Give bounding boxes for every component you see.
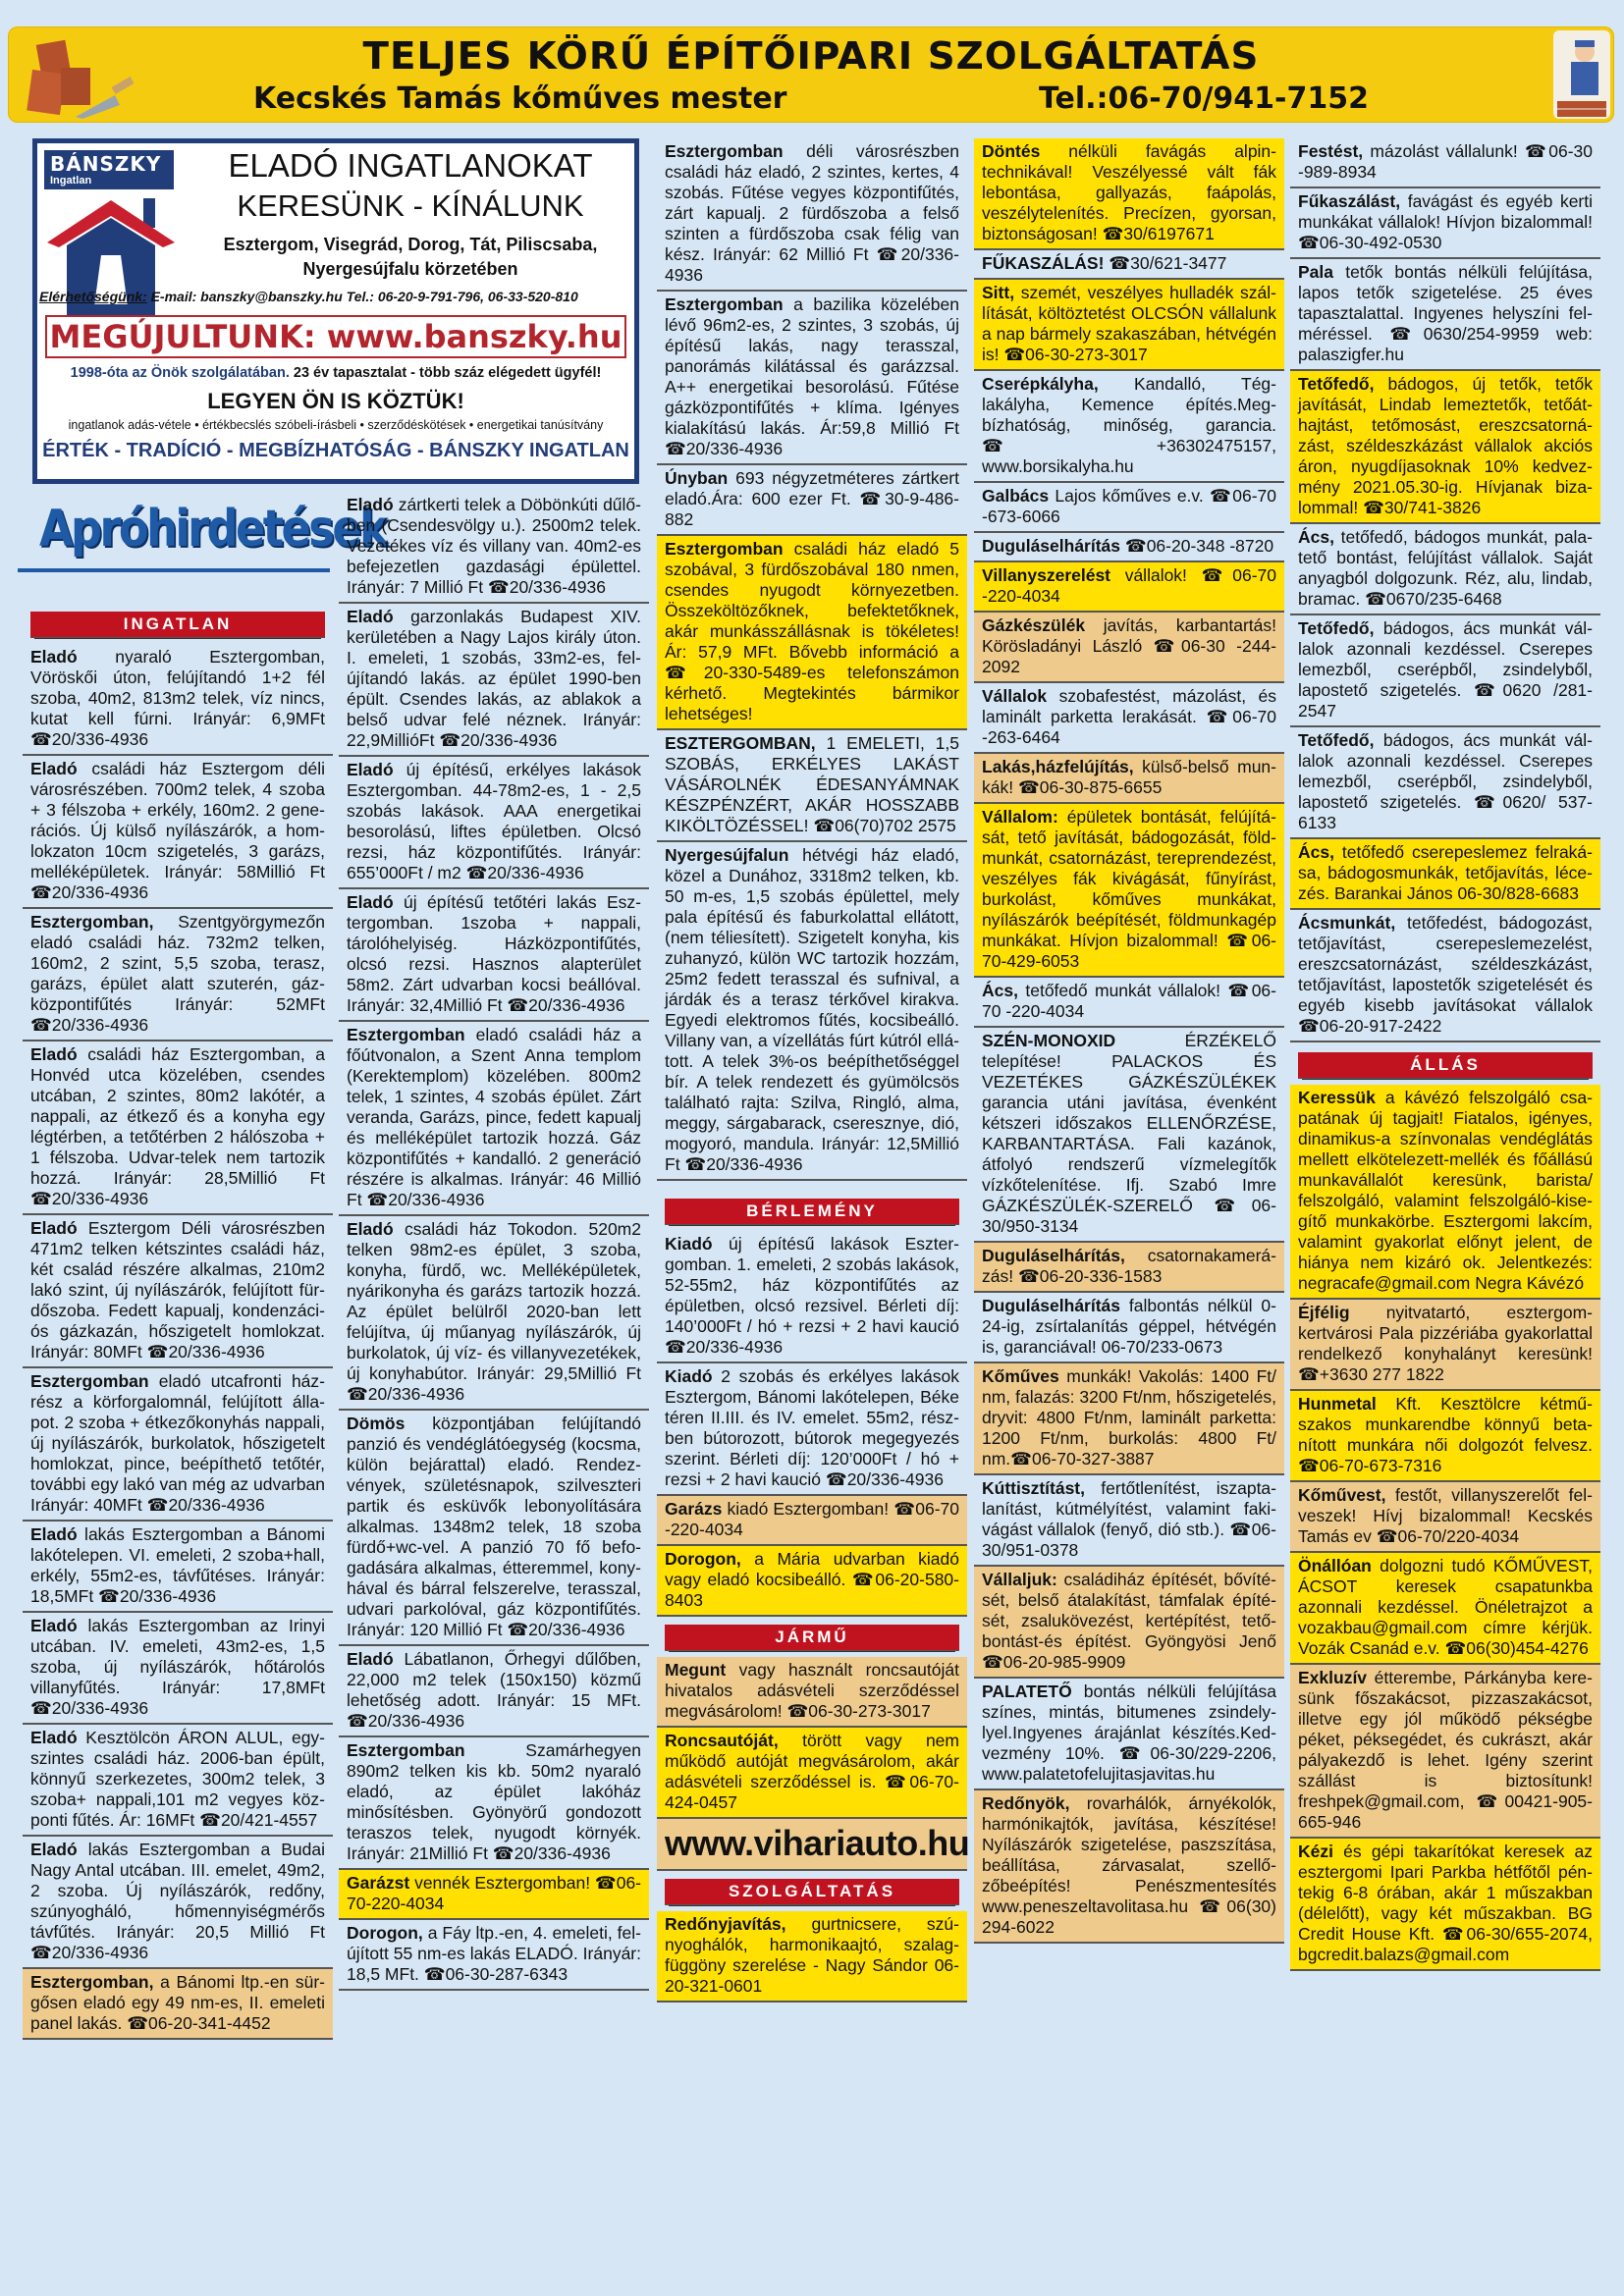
since-line: 1998-óta az Önök szolgálatában. 23 év ta… [39, 365, 632, 381]
classified-ad: Garázst vennék Esztergomban! ☎06-70-220-… [339, 1870, 649, 1920]
classified-ad: Kiadó 2 szobás és erkélyes lakások Eszte… [657, 1363, 967, 1496]
ad-lead-word: Esztergomban [347, 1740, 465, 1760]
classified-ad: Garázs kiadó Esztergomban! ☎06-70 -220-4… [657, 1496, 967, 1546]
ad-lead-word: Esztergomban, [30, 1972, 153, 1992]
classified-ad: Esztergomban Szamárhegyen 890m2 telken k… [339, 1737, 649, 1870]
ad-list: Keressük a kávézó felszolgáló csa­patána… [1298, 1085, 1593, 1971]
classified-ad: Esztergomban családi ház eladó 5 szobáva… [657, 536, 967, 730]
ad-lead-word: Tetőfedő, [1298, 374, 1374, 394]
ad-body-text: tetőfedő cserepeslemez felraká­sa, bádog… [1298, 842, 1593, 903]
ad-lead-word: Roncsautóját, [665, 1731, 779, 1750]
classified-ad: Eladó Lábatlanon, Őrhegyi dűlőben, 22,00… [339, 1646, 649, 1737]
column-1: INGATLAN Eladó nyaraló Esztergomban, Vör… [30, 612, 325, 2040]
classified-ad: Tetőfedő, bádogos, ács munkát vál­lalok … [1290, 727, 1600, 839]
ad-lead-word: Önállóan [1298, 1556, 1372, 1575]
classified-ad: Duguláselhárítás ☎06-20-348 -8720 [974, 533, 1284, 562]
classifieds-logo: Apróhirdetések [18, 498, 330, 576]
banner-title: TELJES KÖRŰ ÉPÍTŐIPARI SZOLGÁLTATÁS [8, 34, 1614, 78]
ad-body-text: Esztergom Déli városrészben 471m2 telken… [30, 1218, 325, 1362]
classified-ad: Döntés nélküli favágás alpin­technikával… [974, 138, 1284, 250]
classified-ad: Eladó új építésű, erkélyes lakások Eszte… [339, 757, 649, 889]
ad-lead-word: Redőnyjavítás, [665, 1914, 786, 1934]
ad-lead-word: Kúttisztítást, [982, 1478, 1085, 1498]
ad-lead-word: Eladó [30, 759, 78, 778]
ad-body-text: családi ház eladó 5 szobával, 3 fürdőszo… [665, 539, 959, 723]
ad-lead-word: Tetőfedő, [1298, 730, 1374, 750]
ad-list: Döntés nélküli favágás alpin­technikával… [982, 138, 1276, 1944]
ad-lead-word: Únyban [665, 468, 728, 488]
banszky-logo: BÁNSZKY Ingatlan [44, 150, 174, 189]
ad-lead-word: Esztergomban [30, 1371, 149, 1391]
headline-selling: ELADÓ INGATLANOKAT [194, 147, 626, 185]
ad-lead-word: Fűkaszálást, [1298, 191, 1400, 211]
classified-ad: Galbács Lajos kőműves e.v. ☎06-70 -673-6… [974, 483, 1284, 533]
ad-body-text: családi ház Esztergom déli városrészében… [30, 759, 325, 902]
ad-lead-word: Lakás,házfelújítás, [982, 757, 1134, 776]
ad-lead-word: ESZTERGOMBAN, [665, 733, 816, 753]
classified-ad: ESZTERGOMBAN, 1 EMELETI, 1,5 SZOBÁS, ERK… [657, 730, 967, 842]
ad-lead-word: Kiadó [665, 1234, 713, 1254]
classified-ad: Eladó garzonlakás Budapest XIV. kerületé… [339, 604, 649, 757]
classified-ad: Keressük a kávézó felszolgáló csa­patána… [1290, 1085, 1600, 1300]
classified-ad: Tetőfedő, bádogos, új tetők, tetők javít… [1290, 371, 1600, 524]
classified-ad: FŰKASZÁLÁS! ☎30/621-3477 [974, 250, 1284, 280]
ad-lead-word: Esztergomban [347, 1025, 465, 1044]
section-header-berlemeny: BÉRLEMÉNY [665, 1199, 959, 1225]
website-box[interactable]: MEGÚJULTUNK: www.banszky.hu [45, 315, 626, 358]
ad-lead-word: Pala [1298, 262, 1333, 282]
ad-lead-word: Ács, [982, 981, 1018, 1000]
ad-lead-word: Vállalom: [982, 807, 1058, 827]
ad-lead-word: Dömös [347, 1414, 405, 1433]
classified-ad: Festést, mázolást vállalunk! ☎06-30 -989… [1290, 138, 1600, 188]
ad-lead-word: Garázs [665, 1499, 722, 1519]
classified-ad: Villanyszerelést vállalok! ☎06-70 -220-4… [974, 562, 1284, 613]
ad-body-text: a bazilika közelé­ben lévő 96m2-es, 2 sz… [665, 294, 959, 458]
ad-lead-word: Eladó [30, 1728, 78, 1747]
classified-ad: Duguláselhárítás, csatornakamerá­zás! ☎0… [974, 1243, 1284, 1293]
classified-ad: Redőnyjavítás, gurtnicsere, szú­nyogháló… [657, 1911, 967, 2002]
column-5: Festést, mázolást vállalunk! ☎06-30 -989… [1298, 138, 1593, 1971]
ad-lead-word: Redőnyök, [982, 1793, 1069, 1813]
classified-ad: Eladó családi ház Esztergom déli városré… [23, 756, 333, 909]
classified-ad: Dorogon, a Mária udvarban kiadó vagy ela… [657, 1546, 967, 1617]
classified-ad: Kőművest, festőt, villanyszerelőt fel­ve… [1290, 1482, 1600, 1553]
ad-lead-word: Kőművest, [1298, 1485, 1385, 1505]
classified-ad: Eladó lakás Esztergomban az Iri­nyi utcá… [23, 1613, 333, 1725]
classified-ad: Eladó lakás Esztergomban a Budai Nagy An… [23, 1837, 333, 1969]
ad-lead-word: Dorogon, [347, 1923, 423, 1943]
ad-lead-word: Kézi [1298, 1842, 1333, 1861]
classified-ad: Kézi és gépi takarítókat keresek az eszt… [1290, 1839, 1600, 1971]
classified-ad: Tetőfedő, bádogos, ács munkát vál­lalok … [1290, 615, 1600, 727]
ad-lead-word: Dorogon, [665, 1549, 741, 1569]
classified-ad: Esztergomban a bazilika közelé­ben lévő … [657, 292, 967, 465]
ad-body-text: rovarhálók, árnyéko­lók, harmónikajtók, … [982, 1793, 1276, 1937]
ad-lead-word: Eladó [30, 1044, 78, 1064]
ad-lead-word: Ács, [1298, 842, 1334, 862]
ad-lead-word: FŰKASZÁLÁS! [982, 253, 1104, 273]
ad-body-text: a kávézó felszolgáló csa­patának új tagj… [1298, 1088, 1593, 1293]
ad-body-text: ÉRZÉKELŐ telepíté­se! PALACKOS ÉS VEZETÉ… [982, 1031, 1276, 1236]
classified-ad: Eladó Kesztölcön ÁRON ALUL, egy­szintes … [23, 1725, 333, 1837]
classified-ad: Pala tetők bontás nélküli felújítá­sa, l… [1290, 259, 1600, 371]
classified-ad: Eladó új építésű tetőtéri lakás Esz­terg… [339, 889, 649, 1022]
section-header-jarmu: JÁRMŰ [665, 1625, 959, 1651]
classified-ad: Exkluzív étterembe, Párkányba kere­sünk … [1290, 1665, 1600, 1839]
section-header-ingatlan: INGATLAN [30, 612, 325, 638]
ad-body-text: déli városrészben csa­ládi ház eladó, 2 … [665, 141, 959, 285]
classified-ad: Redőnyök, rovarhálók, árnyéko­lók, harmó… [974, 1790, 1284, 1944]
classified-ad: Esztergomban eladó családi ház a főútvon… [339, 1022, 649, 1216]
ad-lead-word: Vállalok [982, 686, 1047, 706]
classified-ad: Dömös központjában felújítandó panzió és… [339, 1411, 649, 1646]
website-link[interactable]: www.vihariauto.hu [657, 1819, 967, 1871]
classified-ad: Éjfélig nyitvatartó, esztergom­kertváros… [1290, 1300, 1600, 1391]
ad-body-text: ☎06-20-348 -8720 [1120, 536, 1273, 556]
classified-ad: PALATETŐ bontás nélküli felújítása színe… [974, 1679, 1284, 1790]
classified-ad: Vállalom: épületek bontását, felújítá­sá… [974, 804, 1284, 978]
ad-lead-word: Festést, [1298, 141, 1363, 161]
classified-ad: Lakás,házfelújítás, külső-belső mun­kák!… [974, 754, 1284, 804]
classified-ad: Cserépkályha, Kandalló, Tég­lakályha, Ke… [974, 371, 1284, 483]
classified-ad: SZÉN-MONOXID ÉRZÉKELŐ telepíté­se! PALAC… [974, 1028, 1284, 1243]
ad-list: Eladó nyaraló Esztergomban, Vöröskői úto… [30, 644, 325, 2040]
classified-ad: Vállalok szobafestést, mázolást, és lami… [974, 683, 1284, 754]
classified-ad: Kiadó új építésű lakások Eszter­gomban. … [657, 1231, 967, 1363]
column-2: Eladó zártkerti telek a Döbönkúti dűlő­b… [347, 492, 641, 1991]
ad-body-text: eladó utcafronti ház­rész a körforgalomn… [30, 1371, 325, 1515]
ad-lead-word: Villanyszerelést [982, 565, 1110, 585]
ad-lead-word: Megunt [665, 1660, 726, 1680]
ad-body-text: garzonlakás Budapest XIV. kerületében a … [347, 607, 641, 750]
top-banner-ad: TELJES KÖRŰ ÉPÍTŐIPARI SZOLGÁLTATÁS Kecs… [8, 27, 1614, 123]
ad-body-text: családi ház Tokodon. 520m2 telken 98m2-e… [347, 1219, 641, 1404]
ad-list: Festést, mázolást vállalunk! ☎06-30 -989… [1298, 138, 1593, 1042]
ad-lead-word: Keressük [1298, 1088, 1376, 1107]
ad-lead-word: Éjfélig [1298, 1303, 1350, 1322]
classified-ad: Ács, tetőfedő, bádogos munkát, pala­tető… [1290, 524, 1600, 615]
classified-ad: Eladó nyaraló Esztergomban, Vöröskői úto… [23, 644, 333, 756]
ad-lead-word: www.vihariauto.hu [665, 1823, 969, 1863]
service-area-2: Nyergesújfalu körzetében [194, 259, 626, 280]
ad-lead-word: PALATETŐ [982, 1682, 1072, 1701]
ad-lead-word: Tetőfedő, [1298, 618, 1374, 638]
column-3: Esztergomban déli városrészben csa­ládi … [665, 138, 959, 2002]
ad-lead-word: Eladó [347, 760, 394, 779]
classified-ad: Megunt vagy használt roncsautó­ját hivat… [657, 1657, 967, 1728]
classified-ad: Roncsautóját, törött vagy nem működő aut… [657, 1728, 967, 1819]
ad-body-text: tetőfedő munkát vállalok! ☎06-70 -220-40… [982, 981, 1276, 1021]
ad-list: Megunt vagy használt roncsautó­ját hivat… [665, 1657, 959, 1871]
ad-lead-word: Eladó [347, 892, 394, 912]
ad-lead-word: Döntés [982, 141, 1040, 161]
classified-ad: Eladó Esztergom Déli városrészben 471m2 … [23, 1215, 333, 1368]
ad-body-text: szemét, veszélyes hulladék szál­lítását,… [982, 283, 1276, 364]
ad-body-text: étterembe, Párkányba kere­sünk főszakács… [1298, 1668, 1593, 1832]
ad-lead-word: Eladó [30, 1616, 78, 1635]
classified-ad: Esztergomban eladó utcafronti ház­rész a… [23, 1368, 333, 1522]
ad-lead-word: Eladó [347, 1649, 394, 1669]
ad-body-text: ☎30/621-3477 [1104, 253, 1226, 273]
classified-ad: Önállóan dolgozni tudó KŐMŰVEST, ÁCSOT k… [1290, 1553, 1600, 1665]
headline-buying: KERESÜNK - KÍNÁLUNK [194, 188, 626, 224]
classified-ad: Ács, tetőfedő cserepeslemez felraká­sa, … [1290, 839, 1600, 910]
classified-ad: Gázkészülék javítás, karbantar­tás! Körö… [974, 613, 1284, 683]
ad-lead-word: Esztergomban, [30, 912, 153, 932]
ad-lead-word: Hunmetal [1298, 1394, 1377, 1414]
ad-body-text: tetők bontás nélküli felújítá­sa, lapos … [1298, 262, 1593, 364]
join-us-text: LEGYEN ÖN IS KÖZTÜK! [37, 389, 634, 414]
ad-lead-word: Eladó [347, 607, 394, 626]
motto: ÉRTÉK - TRADÍCIÓ - MEGBÍZHATÓSÁG - BÁNSZ… [37, 440, 634, 462]
ad-body-text: tetőfedő, bádogos munkát, pala­tető bont… [1298, 527, 1593, 609]
classified-ad: Vállaljuk: családiház építését, bővíté­s… [974, 1567, 1284, 1679]
ad-lead-word: Garázst [347, 1873, 409, 1893]
ad-lead-word: Eladó [30, 1840, 78, 1859]
contact-line: Elérhetőségünk: E-mail: banszky@banszky.… [39, 289, 632, 304]
ad-list: Redőnyjavítás, gurtnicsere, szú­nyogháló… [665, 1911, 959, 2002]
ad-lead-word: Galbács [982, 486, 1049, 506]
classified-ad: Esztergomban, Szentgyörgymezőn eladó csa… [23, 909, 333, 1041]
banner-phone: Tel.:06-70/941-7152 [1039, 81, 1369, 116]
ad-list: Esztergomban déli városrészben csa­ládi … [665, 138, 959, 1181]
classified-ad: Eladó zártkerti telek a Döbönkúti dűlő­b… [339, 492, 649, 604]
banszky-real-estate-ad: BÁNSZKY Ingatlan ELADÓ INGATLANOKAT KERE… [32, 138, 639, 484]
classified-ad: Esztergomban, a Bánomi ltp.-en sür­gősen… [23, 1969, 333, 2040]
classified-ad: Sitt, szemét, veszélyes hulladék szál­lí… [974, 280, 1284, 371]
ad-lead-word: Esztergomban [665, 141, 784, 161]
ad-lead-word: SZÉN-MONOXID [982, 1031, 1115, 1050]
section-header-allas: ÁLLÁS [1298, 1052, 1593, 1079]
ad-lead-word: Ács, [1298, 527, 1334, 547]
classified-ad: Únyban 693 négyzetméteres zártkert eladó… [657, 465, 967, 536]
ad-lead-word: Nyergesújfalun [665, 845, 788, 865]
classified-ad: Dorogon, a Fáy ltp.-en, 4. emeleti, fel­… [339, 1920, 649, 1991]
ad-lead-word: Esztergomban [665, 294, 784, 314]
classified-ad: Ácsmunkát, tetőfedést, bádogozást, tetőj… [1290, 910, 1600, 1042]
ad-list: Eladó zártkerti telek a Döbönkúti dűlő­b… [347, 492, 641, 1991]
classified-ad: Eladó családi ház Tokodon. 520m2 telken … [339, 1216, 649, 1411]
ad-body-text: családi ház Esztergomban, a Honvéd utca … [30, 1044, 325, 1208]
ad-lead-word: Gázkészülék [982, 615, 1085, 635]
classified-ad: Hunmetal Kft. Kesztölcre kétmű­szakos mu… [1290, 1391, 1600, 1482]
classified-ad: Eladó családi ház Esztergomban, a Honvéd… [23, 1041, 333, 1215]
classified-ad: Fűkaszálást, favágást és egyéb ker­ti mu… [1290, 188, 1600, 259]
ad-lead-word: Vállaljuk: [982, 1570, 1057, 1589]
ad-lead-word: Eladó [30, 1524, 78, 1544]
service-area-1: Esztergom, Visegrád, Dorog, Tát, Piliscs… [194, 235, 626, 255]
ad-body-text: bádogos, új tetők, tetők javítását, Lind… [1298, 374, 1593, 517]
classified-ad: Kúttisztítást, fertőtlenítést, iszapta­l… [974, 1475, 1284, 1567]
bricklayer-worker-icon [1553, 30, 1610, 119]
classified-ad: Esztergomban déli városrészben csa­ládi … [657, 138, 967, 292]
classified-ad: Eladó lakás Esztergomban a Bánomi lakóte… [23, 1522, 333, 1613]
ad-lead-word: Ácsmunkát, [1298, 913, 1395, 933]
classified-ad: Kőműves munkák! Vakolás: 1400 Ft/ nm, fa… [974, 1363, 1284, 1475]
ad-body-text: központjában felújítandó panzió és vendé… [347, 1414, 641, 1639]
classified-ad: Duguláselhárítás falbontás nélkül 0-24-i… [974, 1293, 1284, 1363]
ad-lead-word: Eladó [30, 1218, 78, 1238]
ad-lead-word: Sitt, [982, 283, 1014, 302]
ad-lead-word: Esztergomban [665, 539, 784, 559]
classified-ad: Nyergesújfalun hétvégi ház eladó, közel … [657, 842, 967, 1181]
banner-subtitle: Kecskés Tamás kőműves mester [253, 81, 786, 116]
ad-lead-word: Duguláselhárítás [982, 536, 1120, 556]
ad-body-text: és gépi takarítókat keresek az esztergom… [1298, 1842, 1593, 1964]
ad-body-text: épületek bontását, felújítá­sát, tető ja… [982, 807, 1276, 971]
ad-lead-word: Eladó [347, 495, 394, 514]
column-4: Döntés nélküli favágás alpin­technikával… [982, 138, 1276, 1944]
ad-lead-word: Kiadó [665, 1366, 713, 1386]
ad-lead-word: Eladó [30, 647, 78, 667]
classified-ad: Ács, tetőfedő munkát vállalok! ☎06-70 -2… [974, 978, 1284, 1028]
ad-lead-word: Duguláselhárítás, [982, 1246, 1125, 1265]
ad-list: Kiadó új építésű lakások Eszter­gomban. … [665, 1231, 959, 1617]
ad-body-text: hétvégi ház eladó, közel a Dunához, 3318… [665, 845, 959, 1174]
services-list: ingatlanok adás-vétele • értékbecslés sz… [37, 418, 634, 432]
ad-lead-word: Exkluzív [1298, 1668, 1367, 1687]
ad-lead-word: Kőműves [982, 1366, 1059, 1386]
ad-body-text: eladó családi ház a főútvonalon, a Szent… [347, 1025, 641, 1209]
ad-lead-word: Eladó [347, 1219, 394, 1239]
ad-lead-word: Duguláselhárítás [982, 1296, 1120, 1315]
section-header-szolgaltatas: SZOLGÁLTATÁS [665, 1879, 959, 1905]
ad-lead-word: Cserépkályha, [982, 374, 1099, 394]
